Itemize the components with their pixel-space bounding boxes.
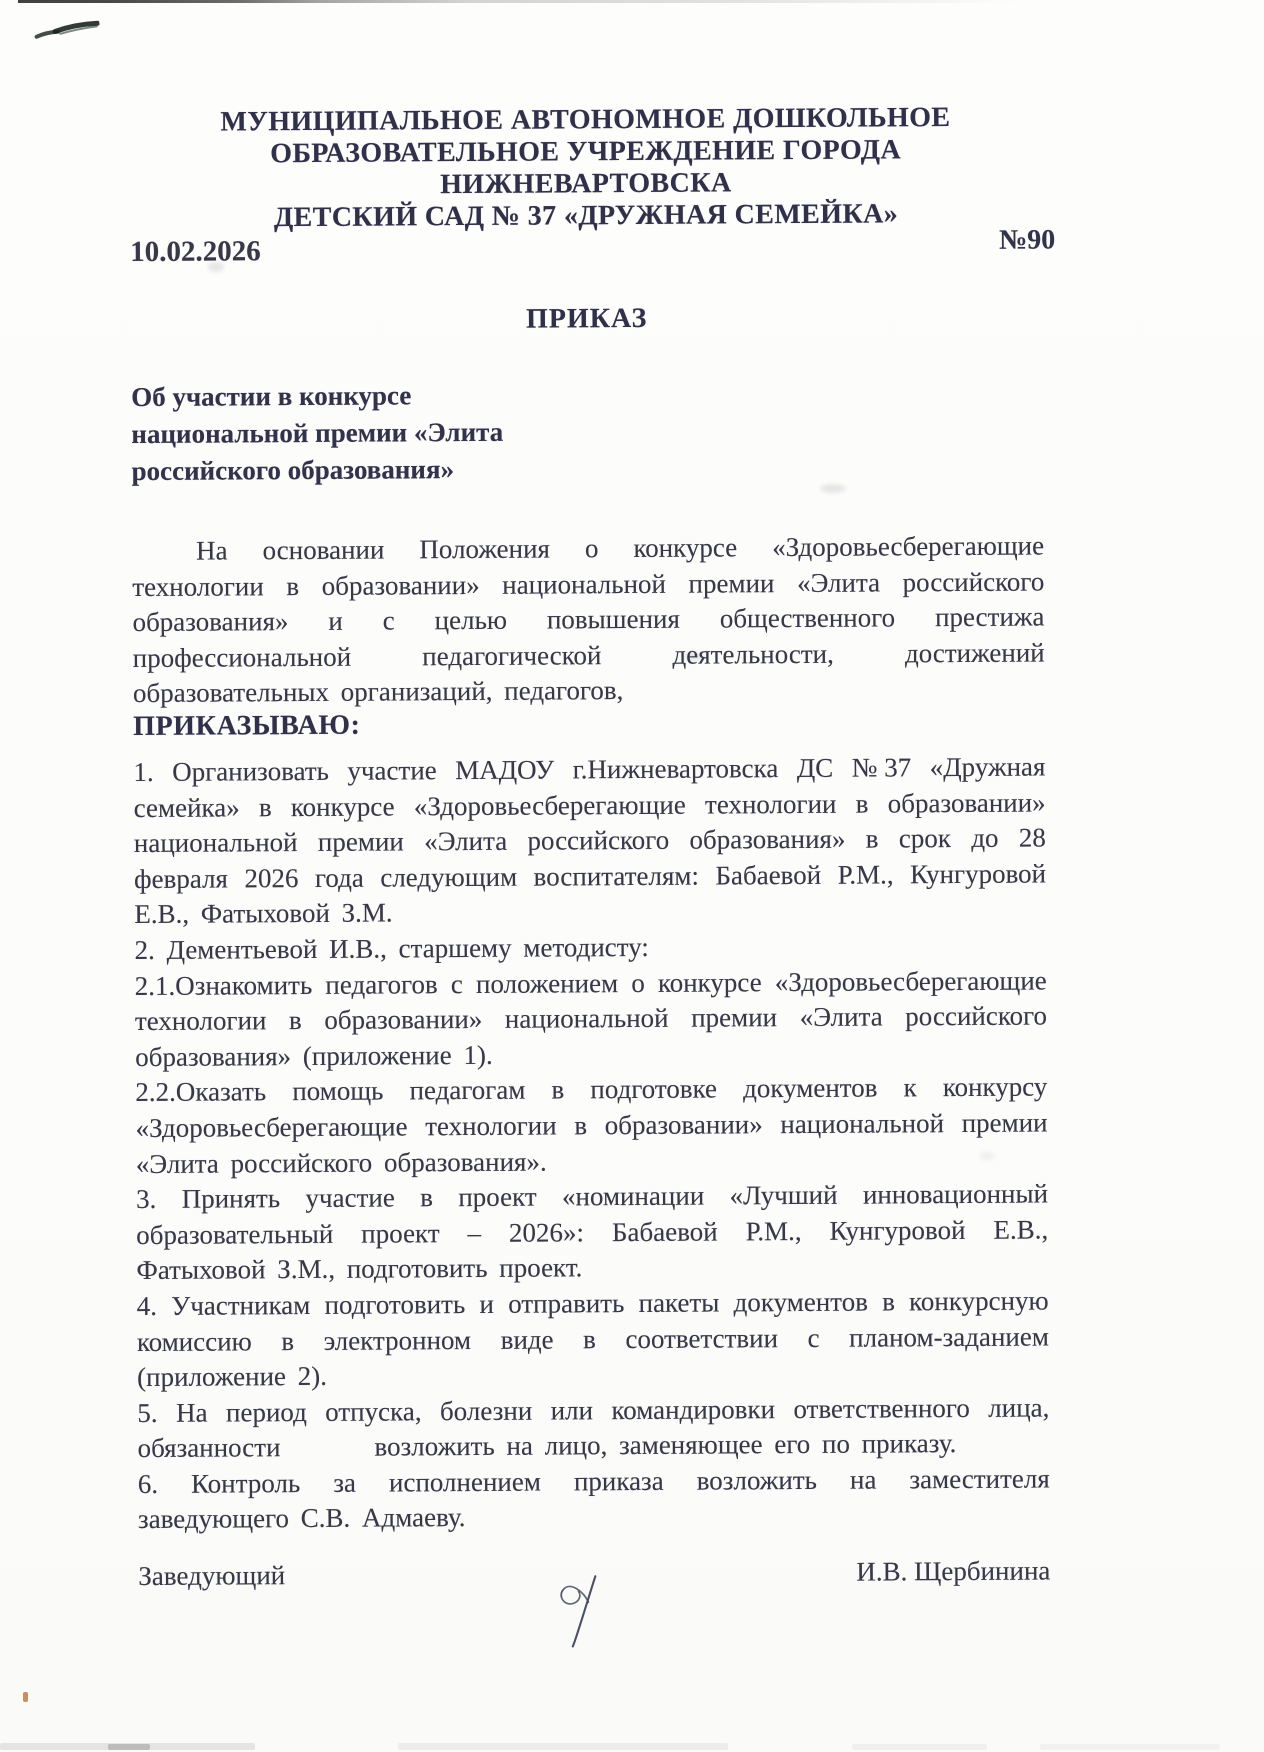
order-heading: ПРИКАЗЫВАЮ: (133, 710, 361, 743)
organization-name-line: ДЕТСКИЙ САД № 37 «ДРУЖНАЯ СЕМЕЙКА» (130, 197, 1042, 235)
scanned-document-page: МУНИЦИПАЛЬНОЕ АВТОНОМНОЕ ДОШКОЛЬНОЕ ОБРА… (0, 0, 1264, 1752)
document-number: №90 (999, 224, 1055, 256)
order-item: 2.1.Ознакомить педагогов с положением о … (135, 963, 1048, 1075)
document-date: 10.02.2026 (130, 235, 261, 269)
order-item: 4. Участникам подготовить и отправить па… (137, 1283, 1050, 1395)
preamble-paragraph: На основании Положения о конкурсе «Здоро… (132, 528, 1045, 712)
document-subject: Об участии в конкурсе национальной преми… (131, 376, 692, 490)
order-item: 6. Контроль за исполнением приказа возло… (138, 1461, 1050, 1538)
order-item: 2.2.Оказать помощь педагогам в подготовк… (135, 1070, 1048, 1182)
subject-line: Об участии в конкурсе (131, 376, 691, 416)
date-number-row: 10.02.2026 №90 (130, 230, 1055, 269)
signature-position: Заведующий (138, 1560, 285, 1592)
handwritten-signature-mark (555, 1572, 601, 1650)
order-item: 2. Дементьевой И.В., старшему методисту: (134, 927, 1046, 968)
order-item: 1. Организовать участие МАДОУ г.Нижневар… (133, 749, 1046, 933)
document-title: ПРИКАЗ (131, 300, 1043, 338)
organization-name-line: МУНИЦИПАЛЬНОЕ АВТОНОМНОЕ ДОШКОЛЬНОЕ (129, 101, 1041, 139)
signature-name: И.В. Щербинина (856, 1555, 1050, 1587)
order-items: 1. Организовать участие МАДОУ г.Нижневар… (133, 749, 1050, 1538)
order-item: 5. На период отпуска, болезни или команд… (137, 1390, 1049, 1467)
organization-name-line: ОБРАЗОВАТЕЛЬНОЕ УЧРЕЖДЕНИЕ ГОРОДА НИЖНЕВ… (130, 133, 1042, 203)
order-item: 3. Принять участие в проект «номинации «… (136, 1177, 1049, 1289)
subject-line: национальной премии «Элита (131, 413, 691, 453)
subject-line: российского образования» (131, 450, 691, 490)
organization-header: МУНИЦИПАЛЬНОЕ АВТОНОМНОЕ ДОШКОЛЬНОЕ ОБРА… (129, 101, 1042, 235)
